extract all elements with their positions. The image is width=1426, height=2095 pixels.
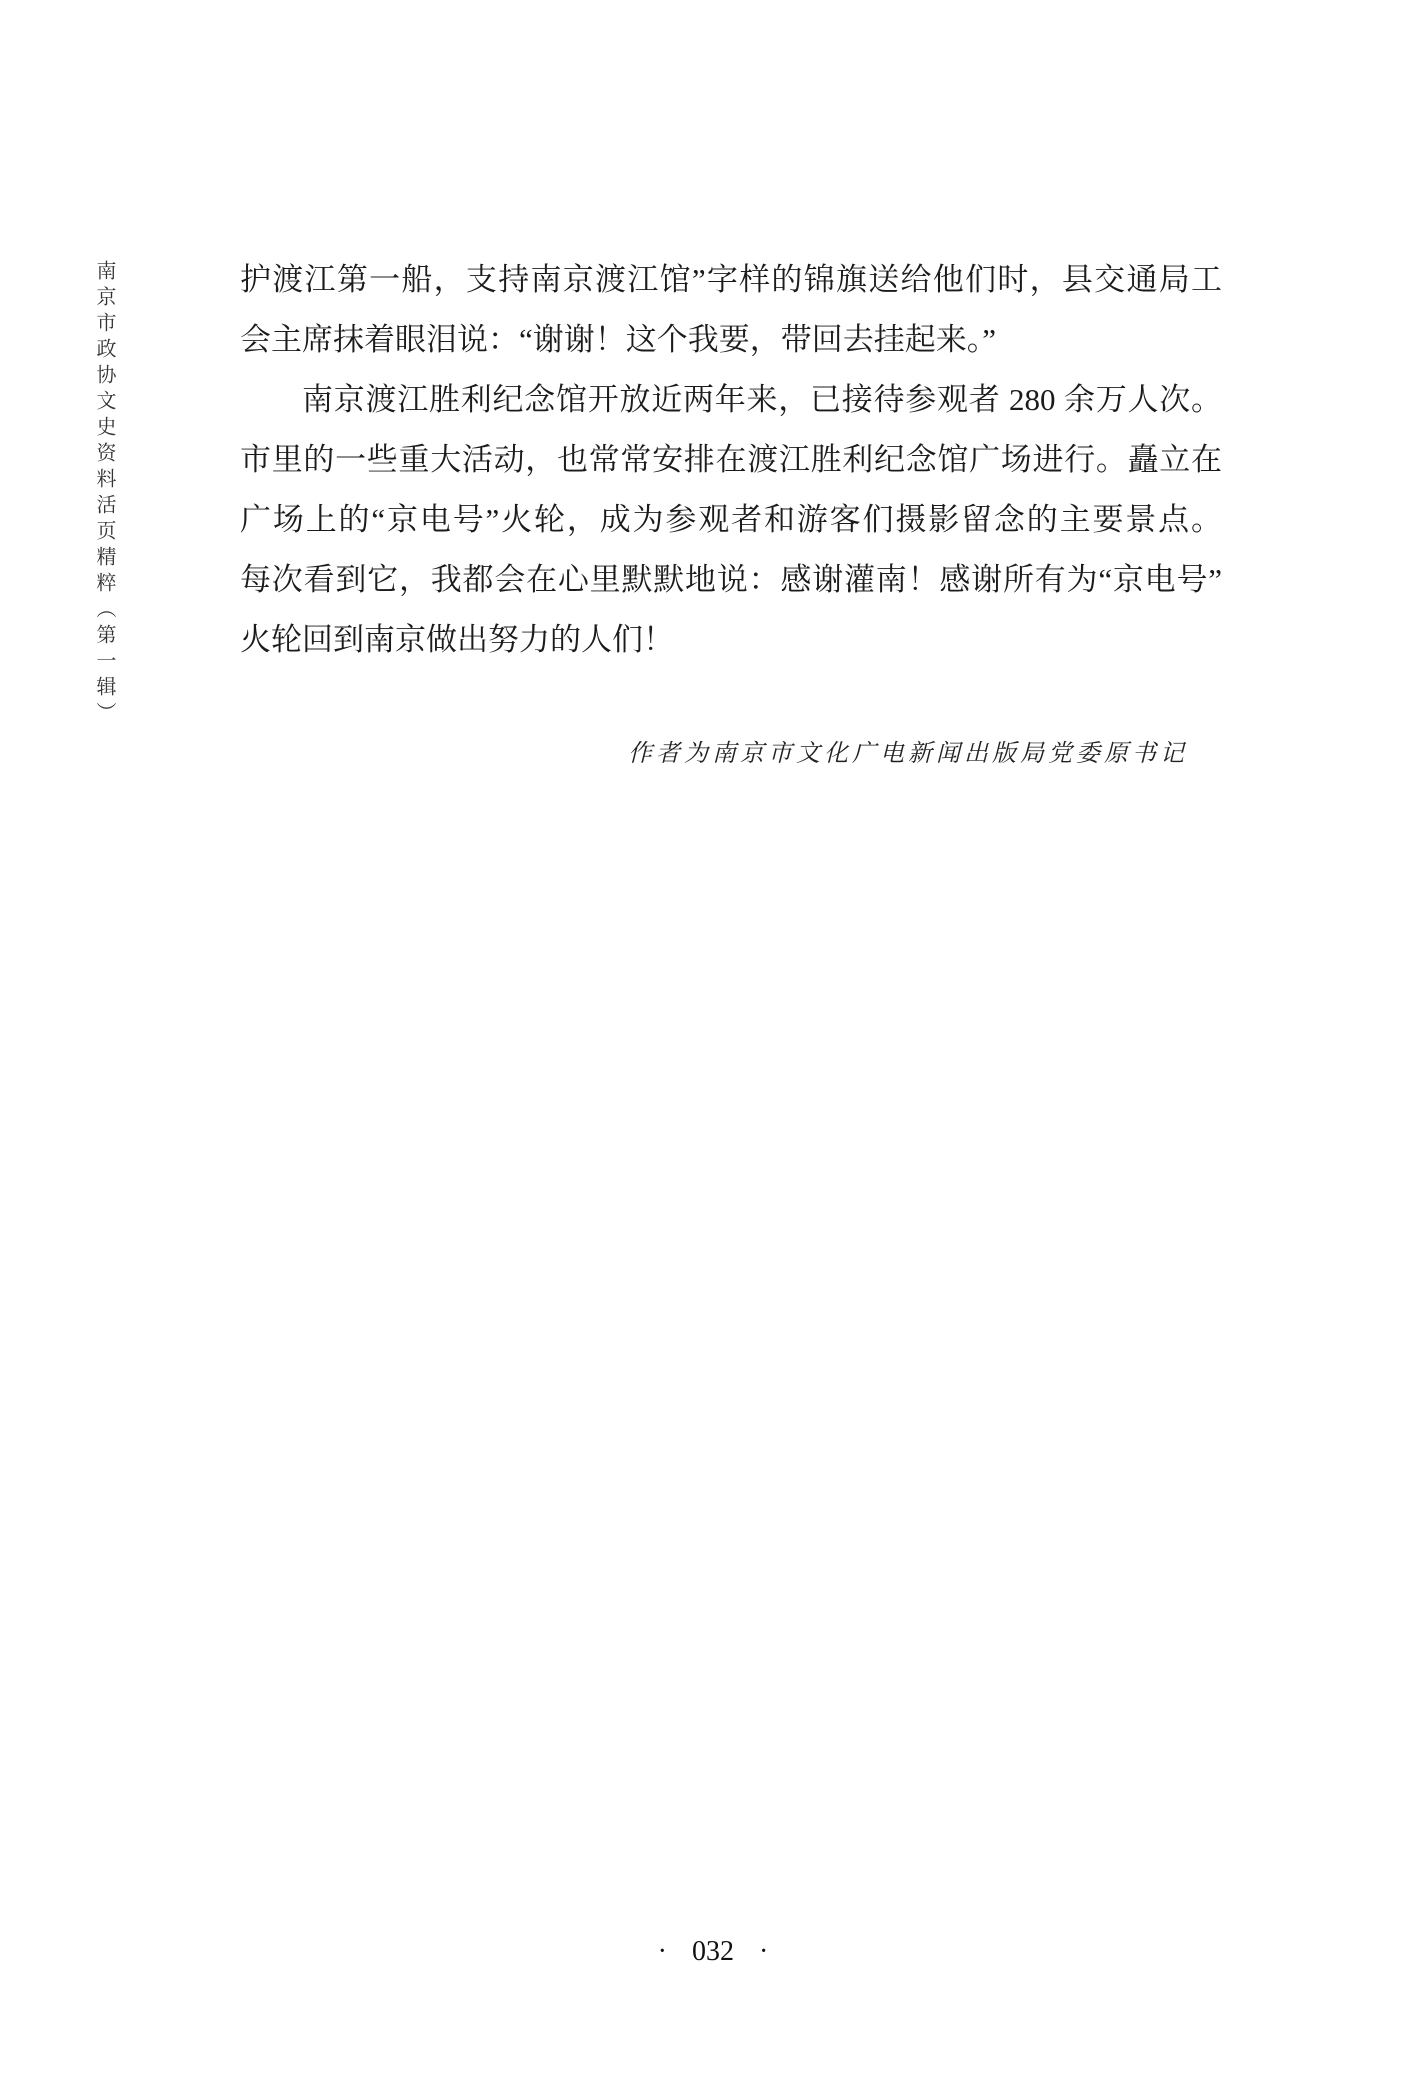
text-line: 广场上的“京电号”火轮，成为参观者和游客们摄影留念的主要景点。 xyxy=(240,490,1222,550)
author-note: 作者为南京市文化广电新闻出版局党委原书记 xyxy=(628,733,1188,768)
text-line: 护渡江第一船，支持南京渡江馆”字样的锦旗送给他们时，县交通局工 xyxy=(240,250,1222,310)
text-line: 市里的一些重大活动，也常常安排在渡江胜利纪念馆广场进行。矗立在 xyxy=(240,430,1222,490)
text-line: 南京渡江胜利纪念馆开放近两年来，已接待参观者 280 余万人次。 xyxy=(240,370,1222,430)
text-line: 会主席抹着眼泪说：“谢谢！这个我要，带回去挂起来。” xyxy=(240,310,1222,370)
page-number: · 032 · xyxy=(0,1936,1426,1968)
book-page: 南京市政协文史资料活页精粹（第一辑） 护渡江第一船，支持南京渡江馆”字样的锦旗送… xyxy=(0,0,1426,2095)
text-line: 火轮回到南京做出努力的人们！ xyxy=(240,610,1222,670)
article-body: 护渡江第一船，支持南京渡江馆”字样的锦旗送给他们时，县交通局工 会主席抹着眼泪说… xyxy=(240,250,1222,670)
spine-title: 南京市政协文史资料活页精粹（第一辑） xyxy=(90,260,119,780)
text-line: 每次看到它，我都会在心里默默地说：感谢灌南！感谢所有为“京电号” xyxy=(240,550,1222,610)
